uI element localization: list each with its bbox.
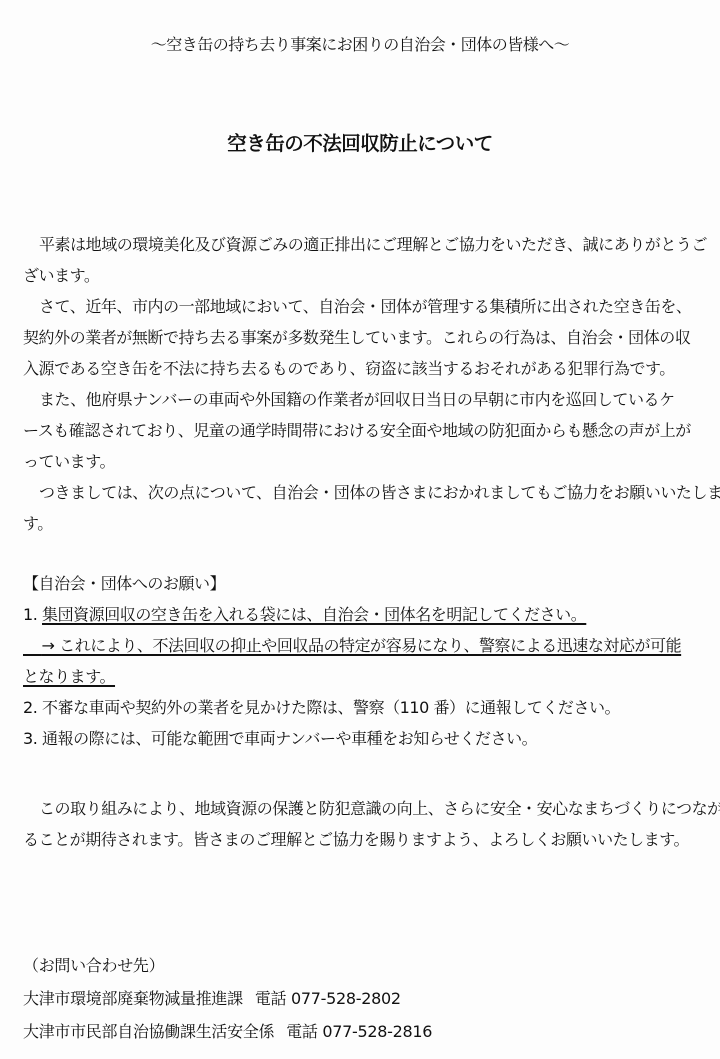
request-text: 通報の際には、可能な範囲で車両ナンバーや車種をお知らせください。 xyxy=(42,729,537,748)
paragraph-concerns: また、他府県ナンバーの車両や外国籍の作業者が回収日当日の早朝に市内を巡回している… xyxy=(23,384,713,477)
closing-text: この取り組みにより、地域資源の保護と防犯意識の向上、さらに安全・安心なまちづくり… xyxy=(23,793,713,855)
paragraph-line: ることが期待されます。皆さまのご理解とご協力を賜りますよう、よろしくお願いいたし… xyxy=(23,824,713,855)
paragraph-line: 平素は地域の環境美化及び資源ごみの適正排出にご理解とご協力をいただき、誠にありが… xyxy=(23,229,713,260)
request-note-text: → これにより、不法回収の抑止や回収品の特定が容易になり、警察による迅速な対応が… xyxy=(42,636,682,655)
request-number: 2. xyxy=(23,698,37,717)
body-paragraphs: 平素は地域の環境美化及び資源ごみの適正排出にご理解とご協力をいただき、誠にありが… xyxy=(23,229,713,539)
paragraph-line: また、他府県ナンバーの車両や外国籍の作業者が回収日当日の早朝に市内を巡回している… xyxy=(23,384,713,415)
contact-section: （お問い合わせ先） 大津市環境部廃棄物減量推進課電話 077-528-2802 … xyxy=(23,949,713,1048)
paragraph-line: 契約外の業者が無断で持ち去る事案が多数発生しています。これらの行為は、自治会・団… xyxy=(23,322,713,353)
request-note-line: → これにより、不法回収の抑止や回収品の特定が容易になり、警察による迅速な対応が… xyxy=(23,636,681,655)
request-number: 1. xyxy=(23,605,37,624)
paragraph-line: さて、近年、市内の一部地域において、自治会・団体が管理する集積所に出された空き缶… xyxy=(23,291,713,322)
request-text: 不審な車両や契約外の業者を見かけた際は、警察（110 番）に通報してください。 xyxy=(42,698,620,717)
contact-heading: （お問い合わせ先） xyxy=(23,949,713,982)
contact-tel-label: 電話 xyxy=(286,1022,317,1041)
requests-section: 【自治会・団体へのお願い】 1. 集団資源回収の空き缶を入れる袋には、自治会・団… xyxy=(23,568,713,754)
paragraph-line: す。 xyxy=(23,508,713,539)
requests-heading: 【自治会・団体へのお願い】 xyxy=(23,568,713,599)
request-number: 3. xyxy=(23,729,37,748)
contact-tel: 077-528-2816 xyxy=(322,1022,432,1041)
paragraph-line: ざいます。 xyxy=(23,260,713,291)
contact-entry: 大津市市民部自治協働課生活安全係電話 077-528-2816 xyxy=(23,1015,713,1048)
contact-department: 大津市市民部自治協働課生活安全係 xyxy=(23,1022,274,1041)
paragraph-background: さて、近年、市内の一部地域において、自治会・団体が管理する集積所に出された空き缶… xyxy=(23,291,713,384)
request-item-1: 1. 集団資源回収の空き缶を入れる袋には、自治会・団体名を明記してください。 xyxy=(23,599,713,630)
paragraph-request-intro: つきましては、次の点について、自治会・団体の皆さまにおかれましてもご協力をお願い… xyxy=(23,477,713,539)
contact-entry: 大津市環境部廃棄物減量推進課電話 077-528-2802 xyxy=(23,982,713,1015)
contact-tel-label: 電話 xyxy=(255,989,286,1008)
request-text: 集団資源回収の空き缶を入れる袋には、自治会・団体名を明記してください。 xyxy=(42,605,586,624)
paragraph-line: ースも確認されており、児童の通学時間帯における安全面や地域の防犯面からも懸念の声… xyxy=(23,415,713,446)
request-note-line: となります。 xyxy=(23,667,115,686)
paragraph-line: つきましては、次の点について、自治会・団体の皆さまにおかれましてもご協力をお願い… xyxy=(23,477,713,508)
request-item-1-note: → これにより、不法回収の抑止や回収品の特定が容易になり、警察による迅速な対応が… xyxy=(23,630,713,661)
paragraph-greeting: 平素は地域の環境美化及び資源ごみの適正排出にご理解とご協力をいただき、誠にありが… xyxy=(23,229,713,291)
document-subtitle: ～空き缶の持ち去り事案にお困りの自治会・団体の皆様へ～ xyxy=(0,32,720,55)
contact-department: 大津市環境部廃棄物減量推進課 xyxy=(23,989,243,1008)
closing-paragraph: この取り組みにより、地域資源の保護と防犯意識の向上、さらに安全・安心なまちづくり… xyxy=(23,793,713,855)
document-title: 空き缶の不法回収防止について xyxy=(0,128,720,156)
request-item-2: 2. 不審な車両や契約外の業者を見かけた際は、警察（110 番）に通報してくださ… xyxy=(23,692,713,723)
request-item-1-note-cont: となります。 xyxy=(23,661,713,692)
request-item-3: 3. 通報の際には、可能な範囲で車両ナンバーや車種をお知らせください。 xyxy=(23,723,713,754)
paragraph-line: この取り組みにより、地域資源の保護と防犯意識の向上、さらに安全・安心なまちづくり… xyxy=(23,793,713,824)
document-page: ～空き缶の持ち去り事案にお困りの自治会・団体の皆様へ～ 空き缶の不法回収防止につ… xyxy=(0,0,720,1059)
contact-tel: 077-528-2802 xyxy=(291,989,401,1008)
paragraph-line: っています。 xyxy=(23,446,713,477)
paragraph-line: 入源である空き缶を不法に持ち去るものであり、窃盗に該当するおそれがある犯罪行為で… xyxy=(23,353,713,384)
